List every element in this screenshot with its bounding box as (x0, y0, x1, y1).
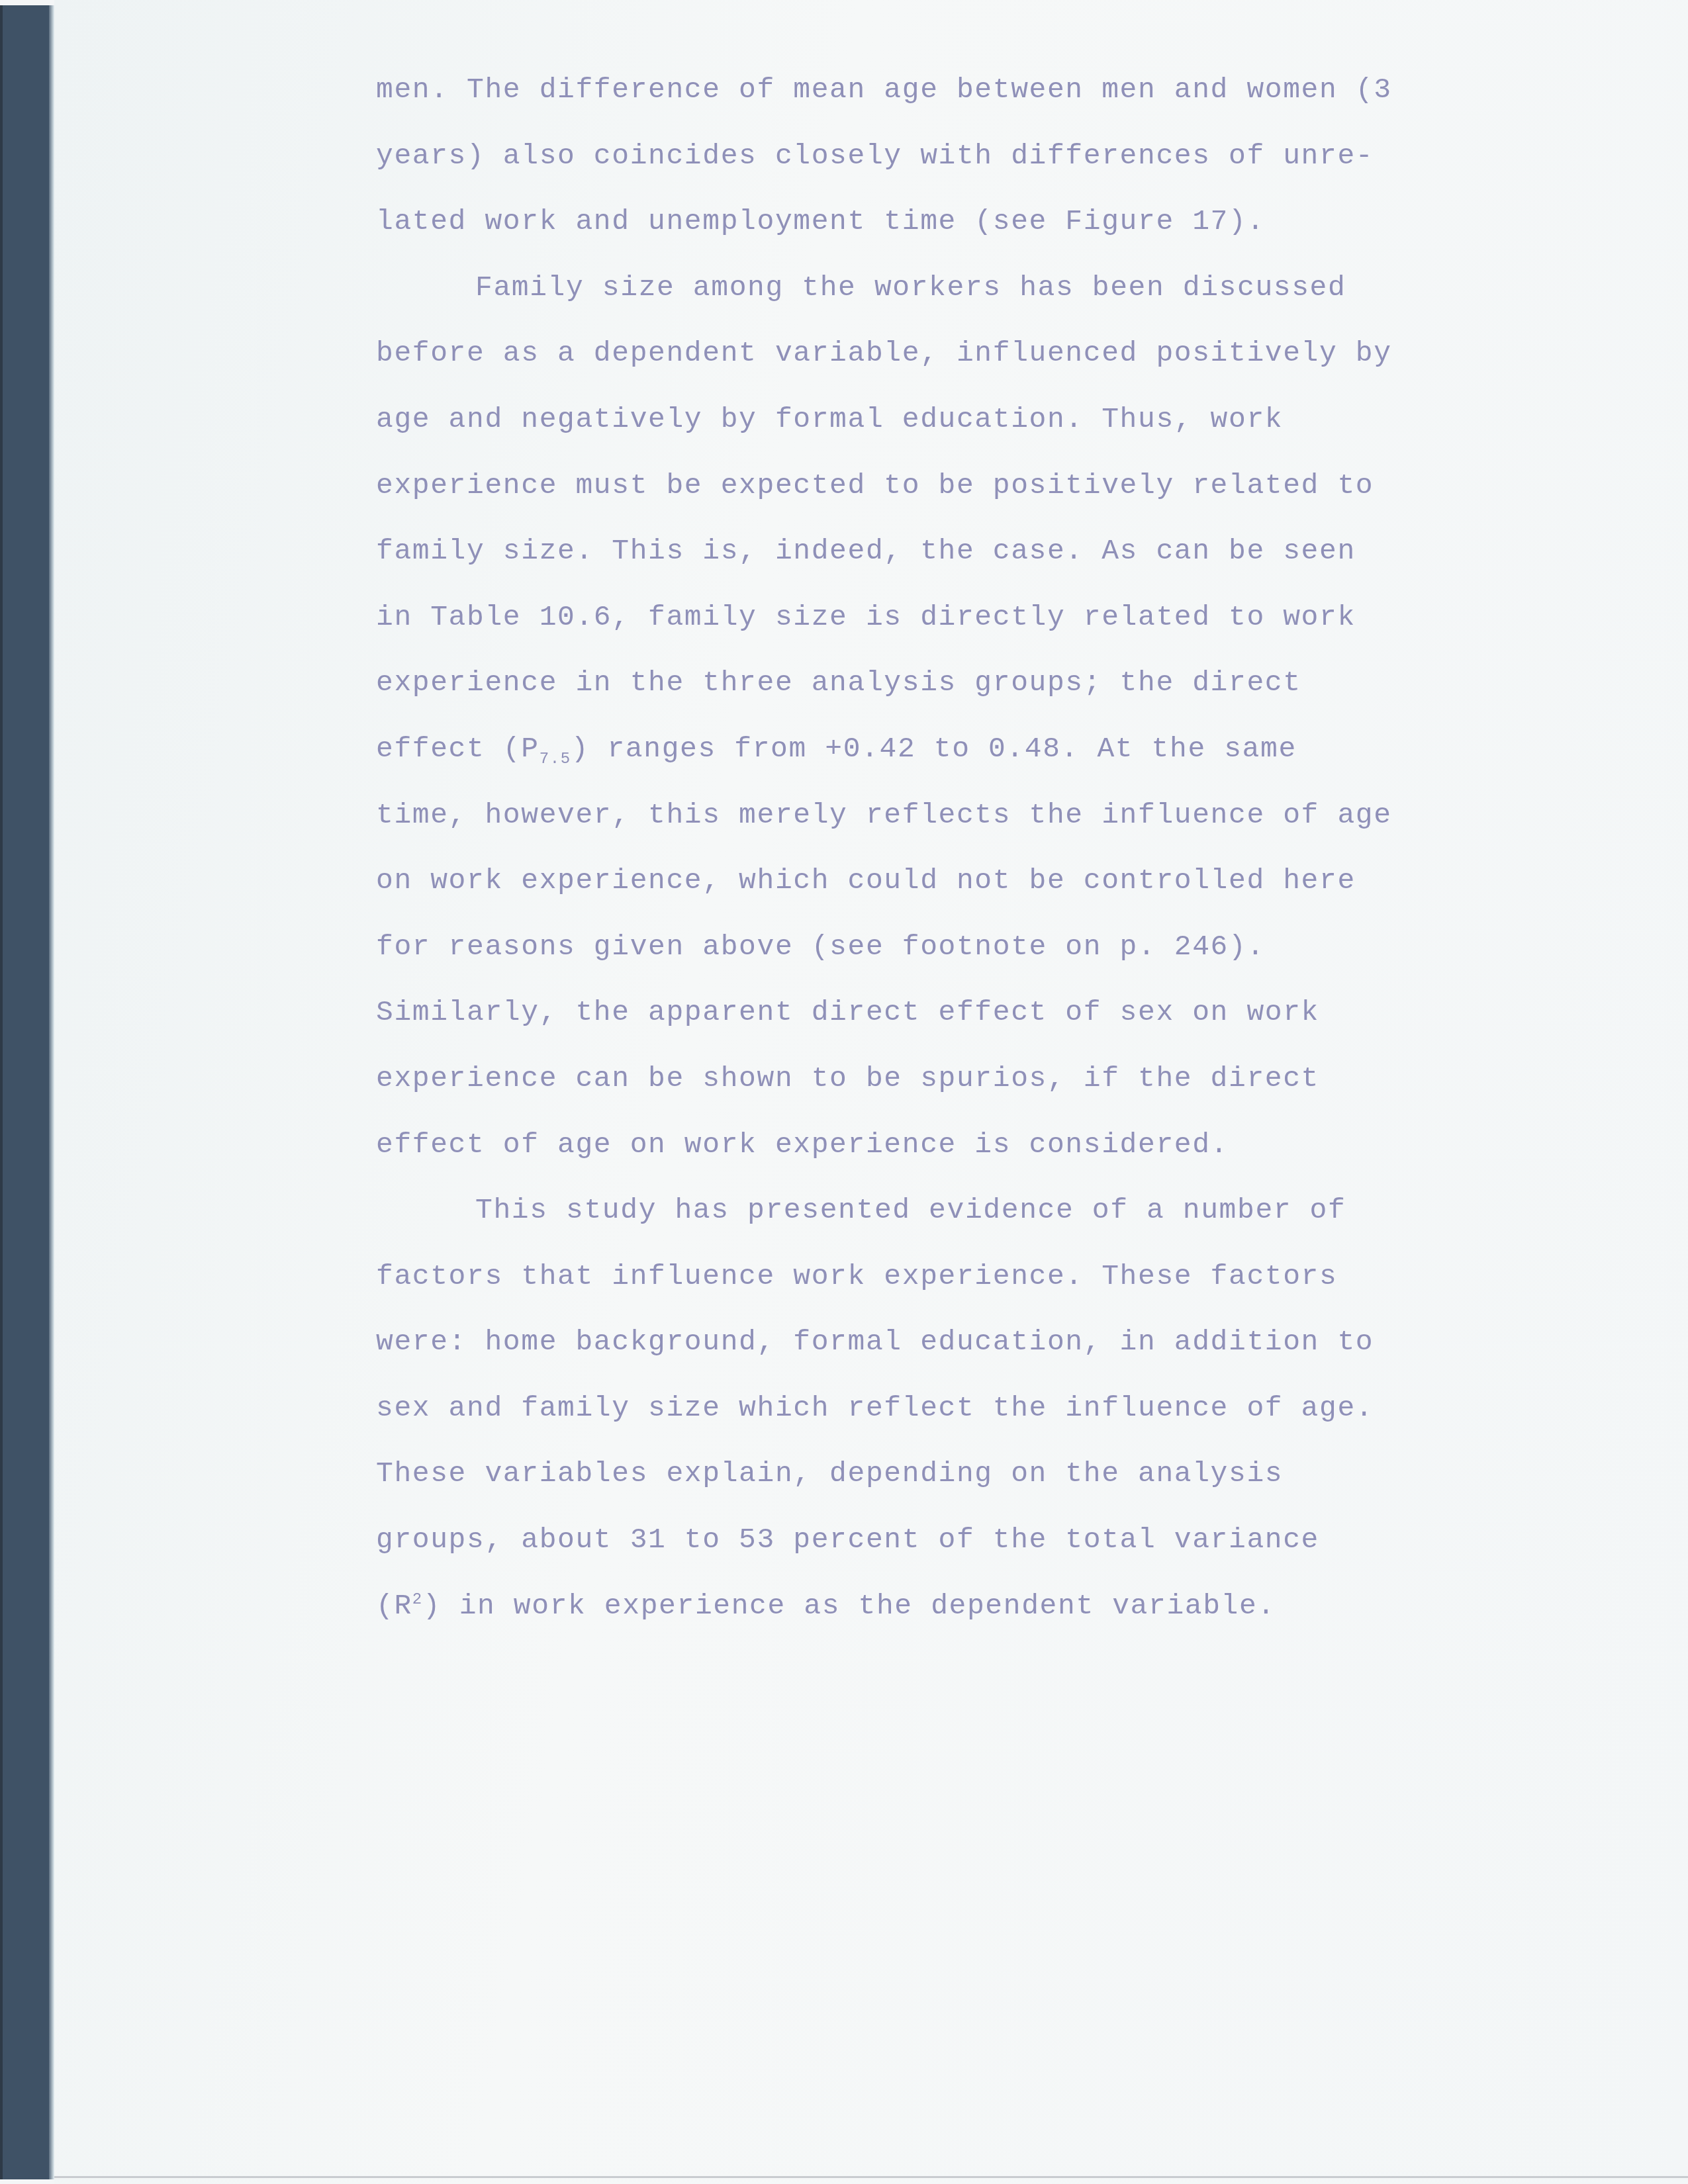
text-line: lated work and unemployment time (see Fi… (376, 189, 1515, 255)
text-line: Similarly, the apparent direct effect of… (376, 979, 1515, 1046)
text-line: experience can be shown to be spurios, i… (376, 1046, 1515, 1112)
binding-edge-shadow (49, 5, 54, 2179)
paragraph: Family size among the workers has been d… (376, 255, 1515, 1177)
text-line: men. The difference of mean age between … (376, 57, 1515, 123)
text-line: years) also coincides closely with diffe… (376, 123, 1515, 189)
text-line: experience must be expected to be positi… (376, 453, 1515, 519)
text-line: before as a dependent variable, influenc… (376, 320, 1515, 387)
text-line: groups, about 31 to 53 percent of the to… (376, 1507, 1515, 1573)
text-line: time, however, this merely reflects the … (376, 782, 1515, 848)
text-line: age and negatively by formal education. … (376, 387, 1515, 453)
text-line: (R2) in work experience as the dependent… (376, 1573, 1515, 1639)
text-line: in Table 10.6, family size is directly r… (376, 584, 1515, 651)
body-text: men. The difference of mean age between … (376, 57, 1515, 1639)
text-line: experience in the three analysis groups;… (376, 650, 1515, 716)
page-bottom-edge (54, 2176, 1688, 2178)
superscript: 2 (412, 1590, 423, 1608)
subscript: 7.5 (539, 751, 571, 768)
text-line: effect of age on work experience is cons… (376, 1112, 1515, 1178)
text-line: factors that influence work experience. … (376, 1244, 1515, 1310)
text-line: family size. This is, indeed, the case. … (376, 518, 1515, 584)
text-line: on work experience, which could not be c… (376, 848, 1515, 914)
paragraph: This study has presented evidence of a n… (376, 1177, 1515, 1639)
text-line: This study has presented evidence of a n… (376, 1177, 1515, 1244)
paragraph: men. The difference of mean age between … (376, 57, 1515, 255)
binding-strip (0, 5, 52, 2179)
text-line: were: home background, formal education,… (376, 1309, 1515, 1375)
text-line: for reasons given above (see footnote on… (376, 914, 1515, 980)
text-line: These variables explain, depending on th… (376, 1441, 1515, 1507)
text-line: Family size among the workers has been d… (376, 255, 1515, 321)
text-line: effect (P7.5) ranges from +0.42 to 0.48.… (376, 716, 1515, 782)
text-line: sex and family size which reflect the in… (376, 1375, 1515, 1441)
